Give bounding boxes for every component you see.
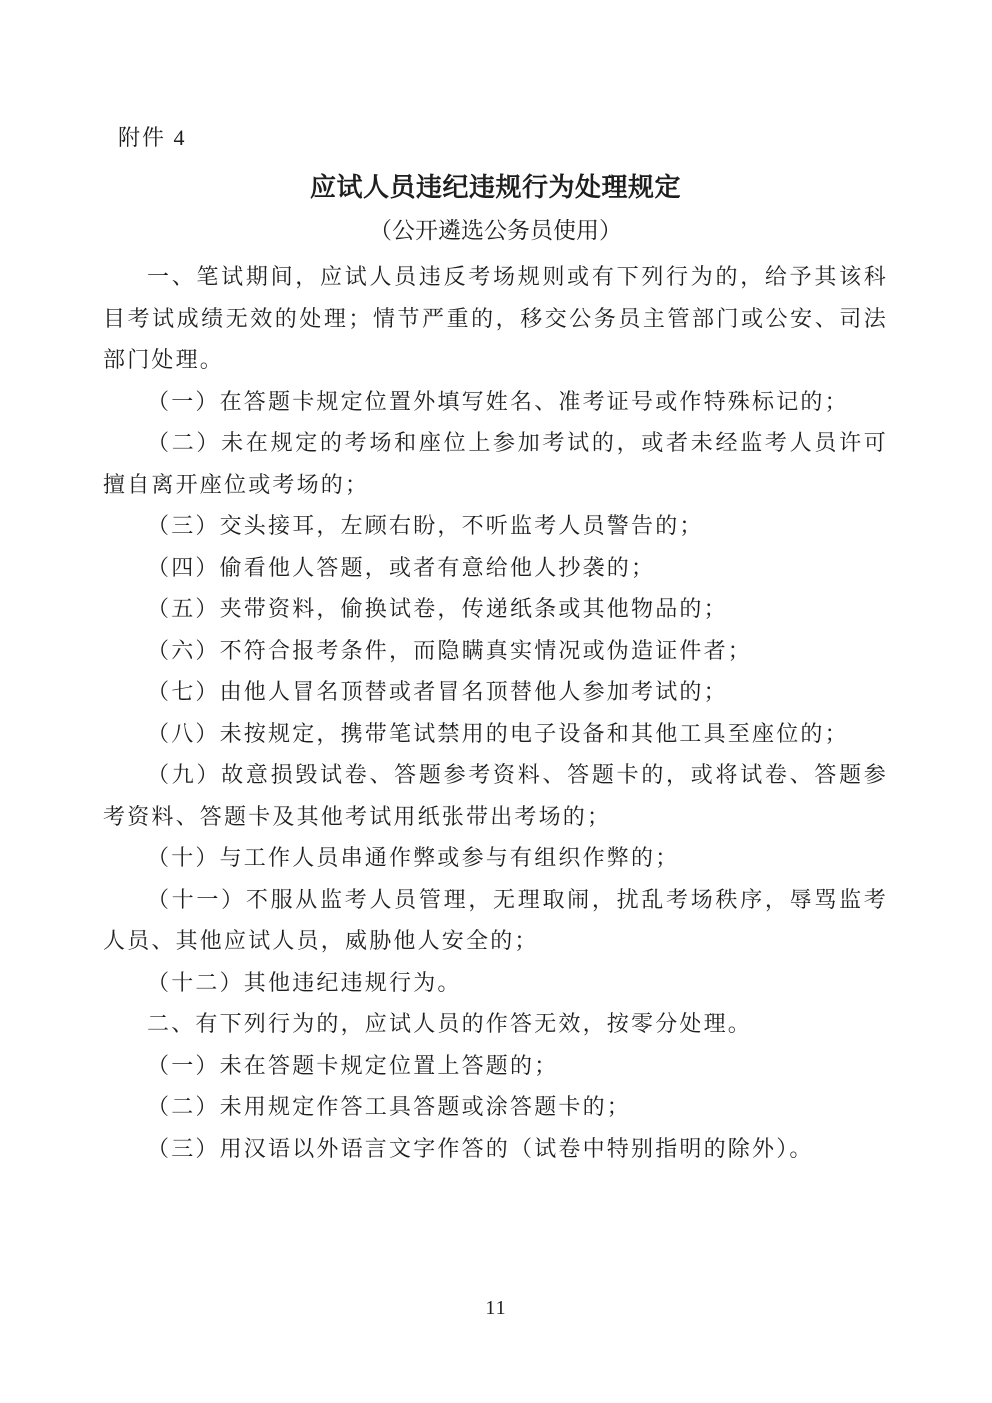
- paragraph: （七）由他人冒名顶替或者冒名顶替他人参加考试的；: [103, 671, 888, 713]
- paragraph: （二）未用规定作答工具答题或涂答题卡的；: [103, 1086, 888, 1128]
- paragraph: （一）未在答题卡规定位置上答题的；: [103, 1045, 888, 1087]
- document-body: 一、笔试期间，应试人员违反考场规则或有下列行为的，给予其该科目考试成绩无效的处理…: [103, 256, 888, 1169]
- document-subtitle: （公开遴选公务员使用）: [103, 217, 888, 244]
- paragraph: （十一）不服从监考人员管理，无理取闹，扰乱考场秩序，辱骂监考人员、其他应试人员，…: [103, 879, 888, 962]
- paragraph: （三）交头接耳，左顾右盼，不听监考人员警告的；: [103, 505, 888, 547]
- paragraph: （二）未在规定的考场和座位上参加考试的，或者未经监考人员许可擅自离开座位或考场的…: [103, 422, 888, 505]
- document-page: 附件 4 应试人员违纪违规行为处理规定 （公开遴选公务员使用） 一、笔试期间，应…: [0, 0, 992, 1403]
- attachment-label: 附件 4: [118, 124, 888, 152]
- paragraph: （一）在答题卡规定位置外填写姓名、准考证号或作特殊标记的；: [103, 381, 888, 423]
- paragraph: （八）未按规定，携带笔试禁用的电子设备和其他工具至座位的；: [103, 713, 888, 755]
- paragraph: （十）与工作人员串通作弊或参与有组织作弊的；: [103, 837, 888, 879]
- paragraph: （四）偷看他人答题，或者有意给他人抄袭的；: [103, 547, 888, 589]
- paragraph: （九）故意损毁试卷、答题参考资料、答题卡的，或将试卷、答题参考资料、答题卡及其他…: [103, 754, 888, 837]
- paragraph: （六）不符合报考条件，而隐瞒真实情况或伪造证件者；: [103, 630, 888, 672]
- page-number: 11: [0, 1297, 992, 1320]
- paragraph: （五）夹带资料，偷换试卷，传递纸条或其他物品的；: [103, 588, 888, 630]
- paragraph: （三）用汉语以外语言文字作答的（试卷中特别指明的除外）。: [103, 1128, 888, 1170]
- document-content: 附件 4 应试人员违纪违规行为处理规定 （公开遴选公务员使用） 一、笔试期间，应…: [0, 124, 992, 1169]
- paragraph: （十二）其他违纪违规行为。: [103, 962, 888, 1004]
- document-title: 应试人员违纪违规行为处理规定: [103, 172, 888, 202]
- paragraph: 一、笔试期间，应试人员违反考场规则或有下列行为的，给予其该科目考试成绩无效的处理…: [103, 256, 888, 381]
- paragraph: 二、有下列行为的，应试人员的作答无效，按零分处理。: [103, 1003, 888, 1045]
